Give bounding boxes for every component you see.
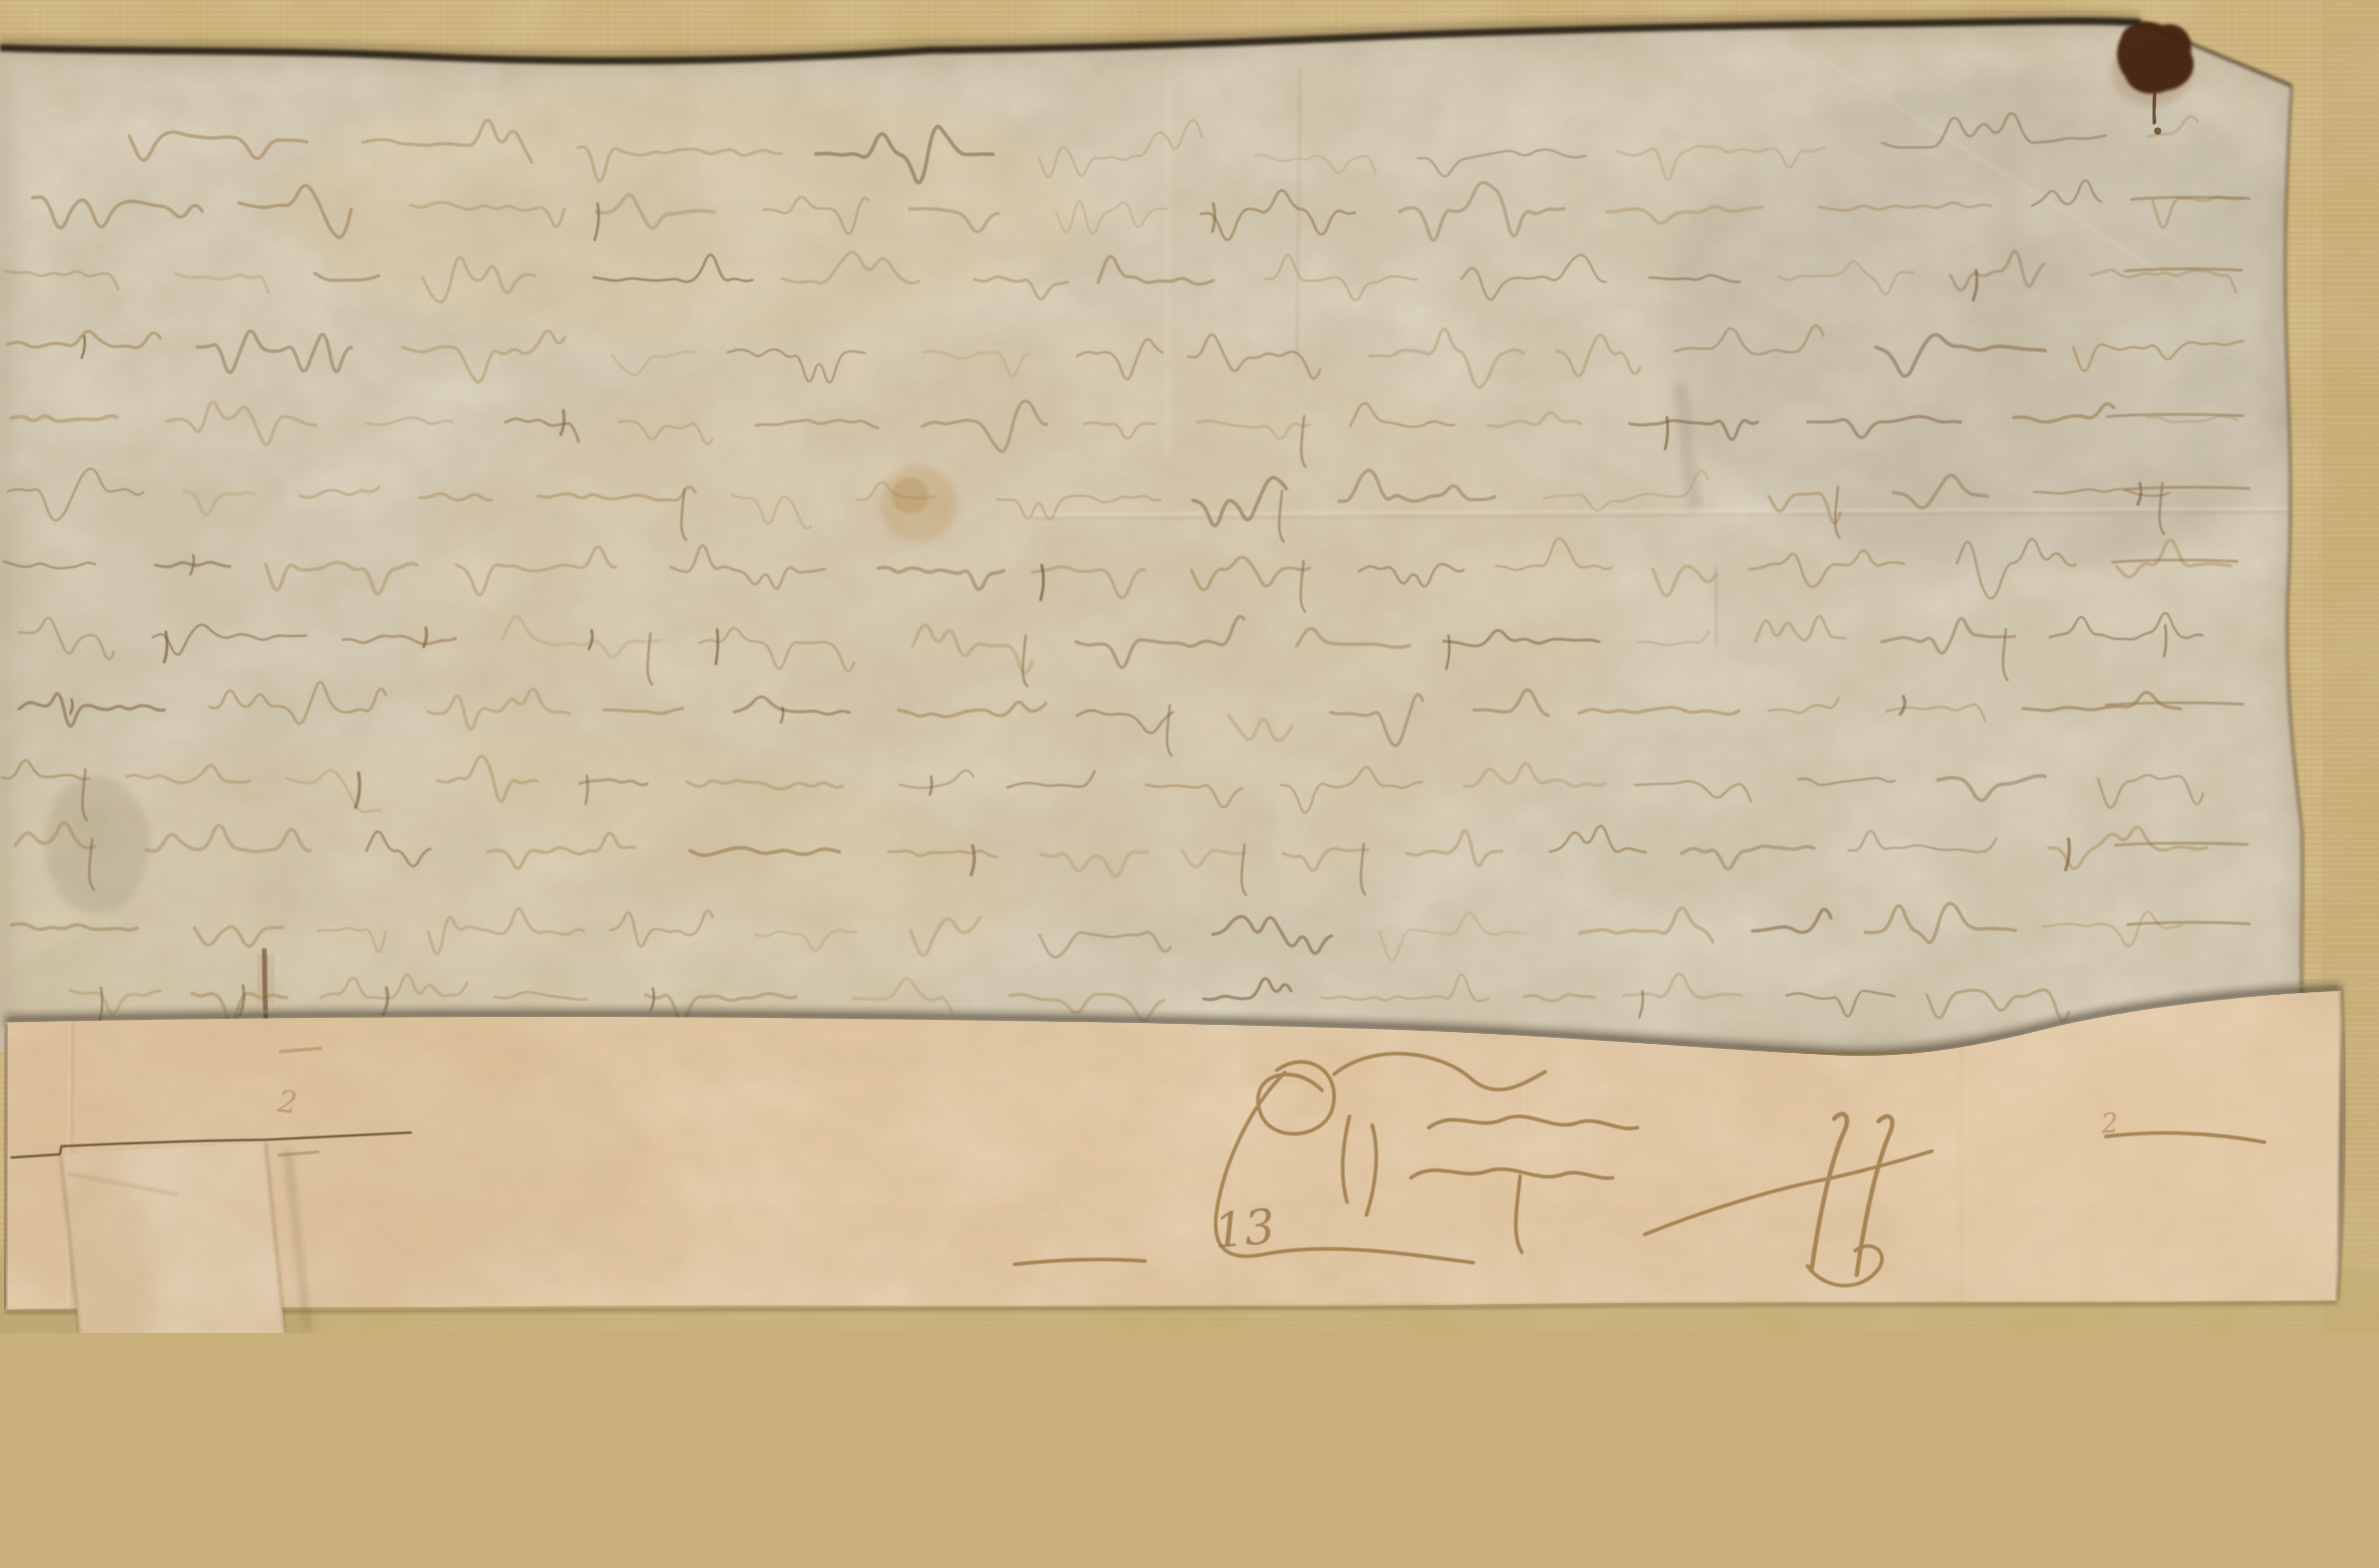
seal-tag bbox=[45, 1133, 308, 1333]
plica-left-seam bbox=[5, 1023, 6, 1309]
ink-blot-drop bbox=[2154, 127, 2161, 135]
plica-numeral: 13 bbox=[1212, 1198, 1277, 1259]
tally-digit-right: 2 bbox=[2100, 1107, 2119, 1139]
ink-blot-drip bbox=[2153, 91, 2156, 124]
parchment-sheet bbox=[0, 0, 2379, 1080]
ink-blot-core bbox=[2117, 22, 2194, 94]
parchment-texture bbox=[0, 0, 2379, 1080]
manuscript-photo-svg: 13 2 2 bbox=[0, 0, 2379, 1333]
manuscript-photo: 13 2 2 bbox=[0, 0, 2379, 1333]
